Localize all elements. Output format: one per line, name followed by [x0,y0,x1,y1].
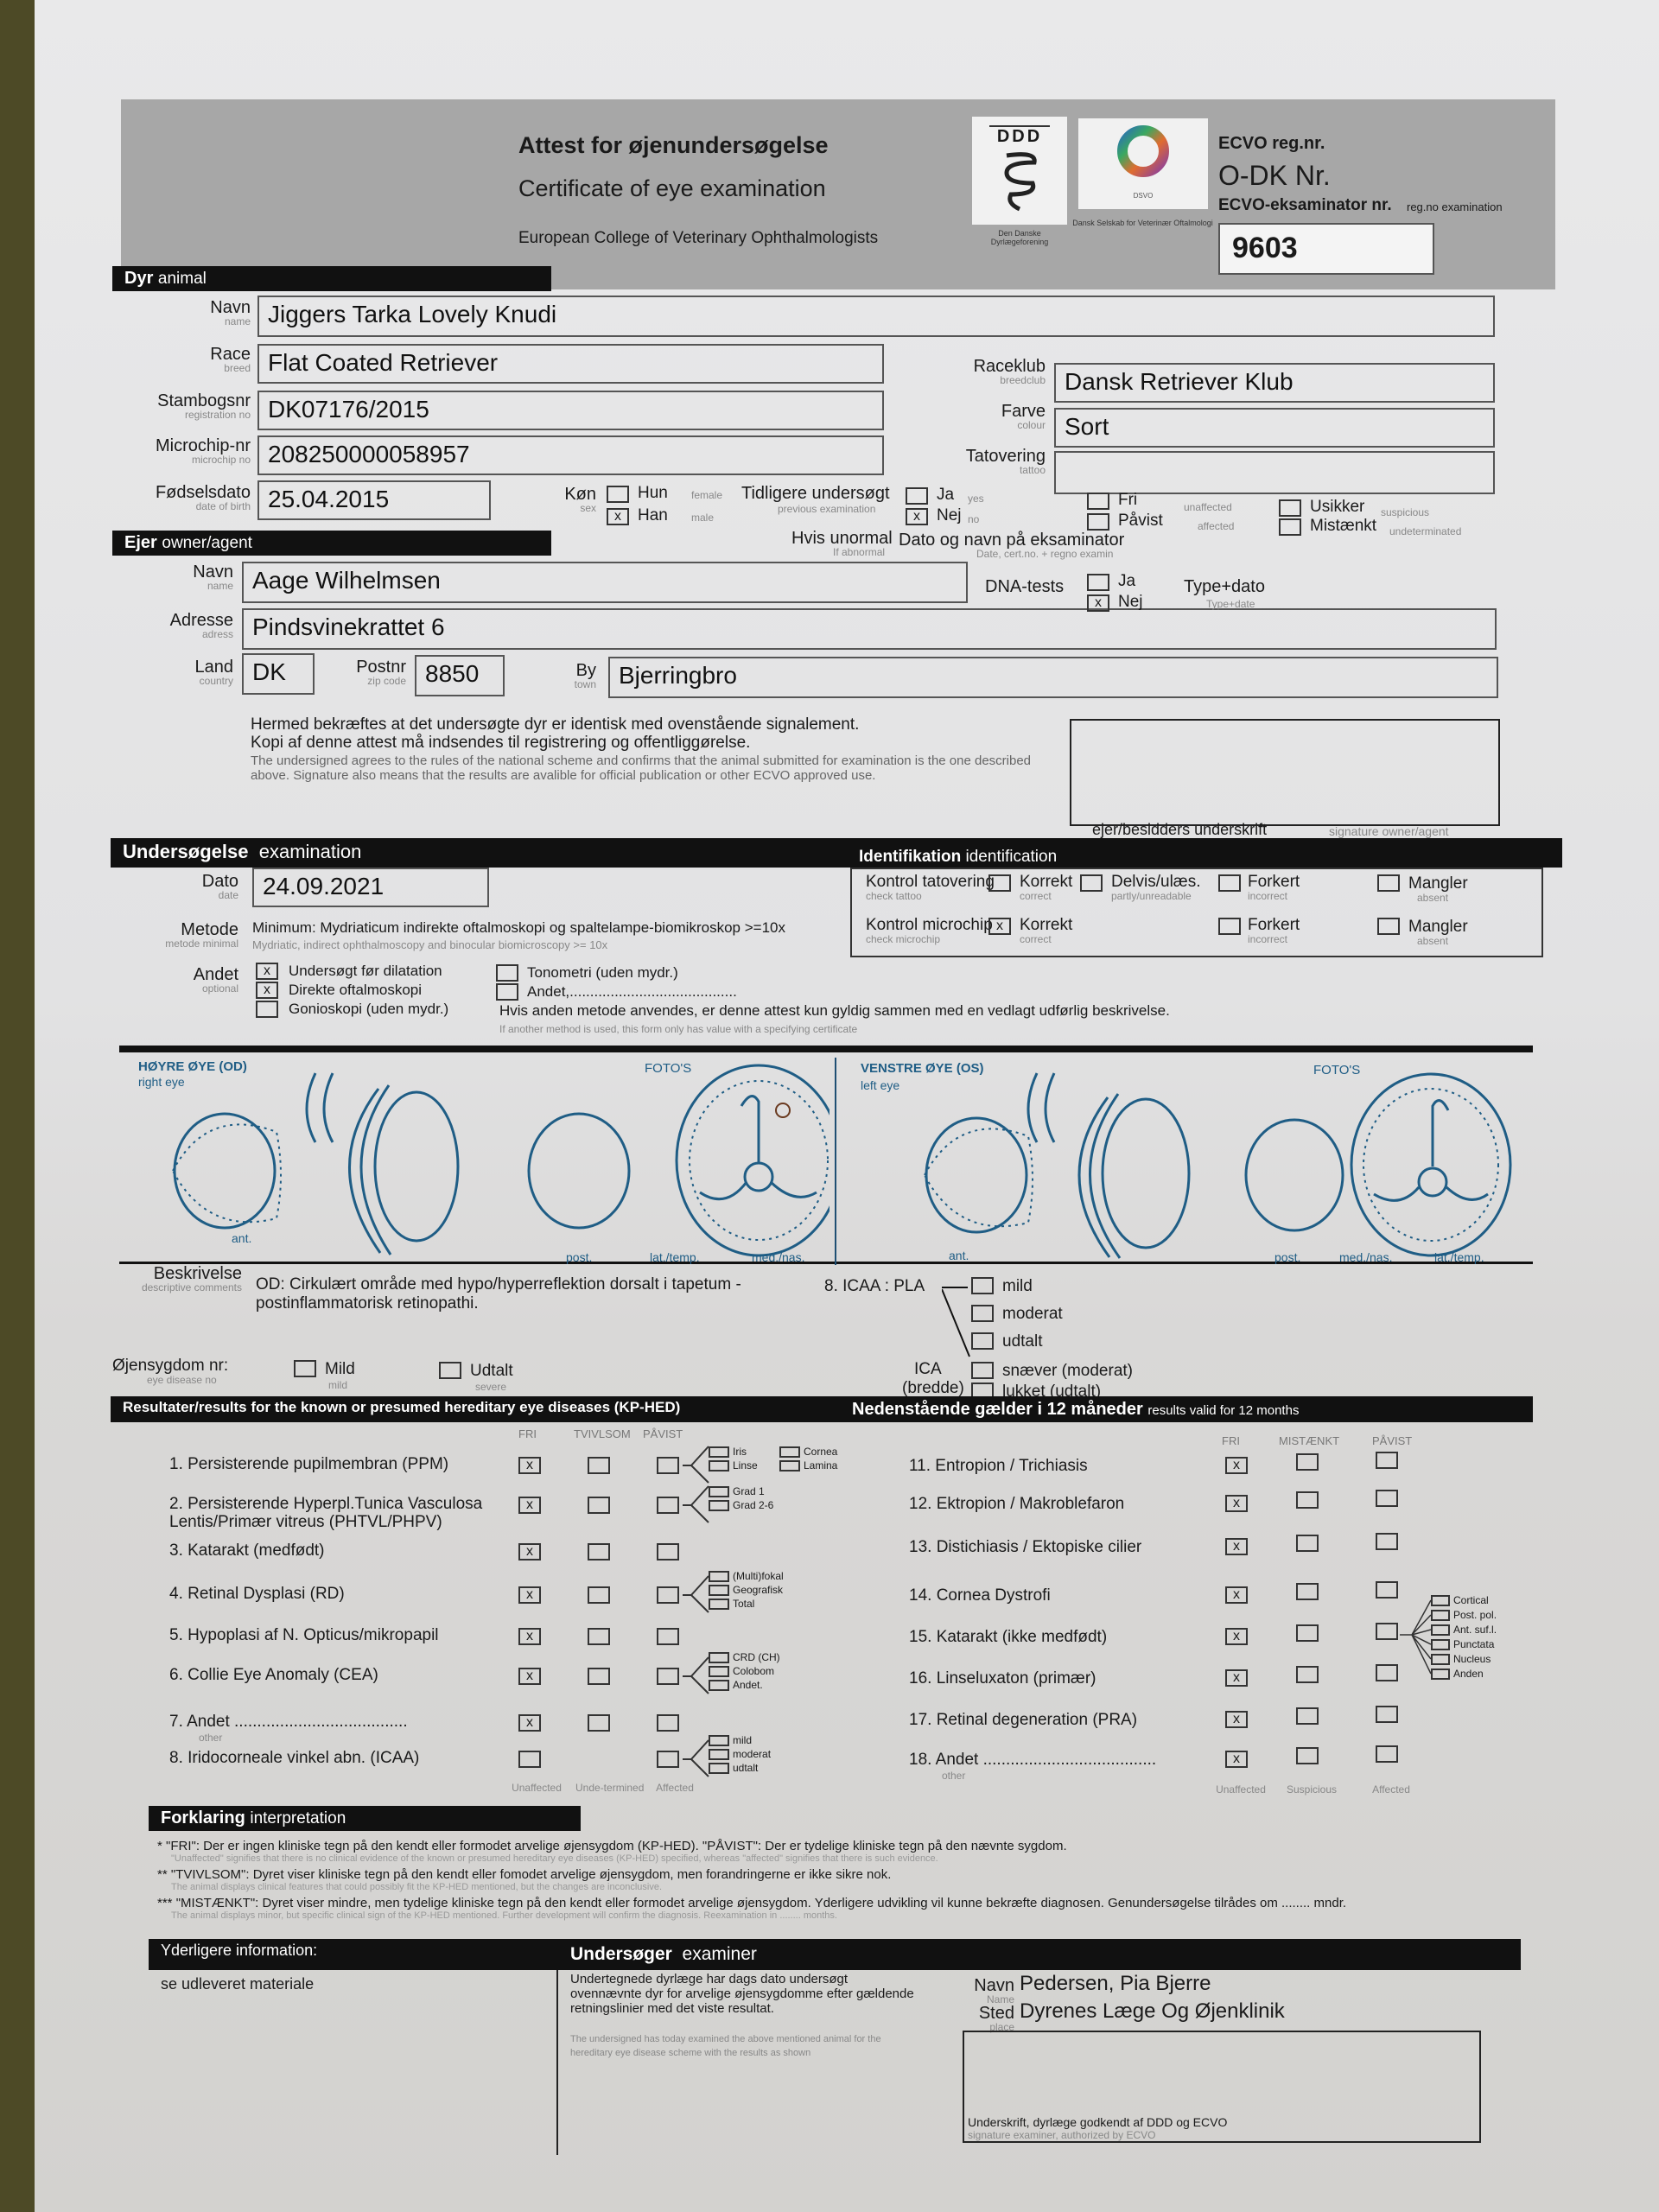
result-mistaenkt-checkbox[interactable] [1296,1491,1319,1509]
result-tvivlsom-checkbox[interactable] [588,1457,610,1474]
option-checkbox-dilatation[interactable]: x [256,963,278,980]
result-row-label: 16. Linseluxaton (primær) [909,1669,1096,1688]
section-examination: Undersøgelse examination [111,838,1562,868]
tattoo-incorrect-checkbox[interactable] [1218,874,1241,892]
result-sub-checkbox[interactable] [709,1666,729,1677]
result-row-label: 4. Retinal Dysplasi (RD) [169,1585,515,1603]
result-row-label: 3. Katarakt (medfødt) [169,1541,515,1560]
results-right-col-header: PÅVIST [1372,1434,1412,1447]
result-pavist-checkbox[interactable] [657,1751,679,1768]
result-tvivlsom-checkbox[interactable] [588,1714,610,1732]
results-right-col-header: MISTÆNKT [1279,1434,1339,1447]
result-fri-checkbox[interactable] [518,1751,541,1768]
results-validity: Nedenstående gælder i 12 måneder results… [852,1400,1299,1420]
interpretation-line: ** "TVIVLSOM": Dyret viser kliniske tegn… [157,1867,1557,1882]
chip-correct-checkbox[interactable]: x [988,918,1011,935]
result-pavist-checkbox[interactable] [657,1543,679,1560]
result-sub-checkbox[interactable] [709,1500,729,1511]
cataract-sub-checkbox[interactable] [1431,1654,1450,1665]
interpretation-line: * "FRI": Der er ingen kliniske tegn på d… [157,1839,1557,1853]
result-row-label: 7. Andet ...............................… [169,1713,515,1731]
female-checkbox[interactable] [607,486,629,503]
section-interpretation: Forklaring interpretation [149,1806,581,1831]
result-row-label: 17. Retinal degeneration (PRA) [909,1711,1137,1730]
owner-town-field[interactable]: Bjerringbro [608,657,1498,698]
interpretation-list: * "FRI": Der er ingen kliniske tegn på d… [157,1839,1557,1924]
result-fri-checkbox[interactable]: x [1225,1538,1248,1555]
examiner-name: Pedersen, Pia Bjerre [1020,1972,1211,1996]
owner-address-field[interactable]: Pindsvinekrattet 6 [242,608,1497,650]
option-checkbox-gonioscopy[interactable] [256,1001,278,1018]
result-row-label: 18. Andet ..............................… [909,1751,1156,1770]
result-fri-checkbox[interactable]: x [518,1586,541,1604]
result-row-label: 15. Katarakt (ikke medfødt) [909,1628,1107,1647]
title-danish: Attest for øjenundersøgelse [518,132,829,159]
result-fri-checkbox[interactable]: x [1225,1628,1248,1645]
tattoo-absent-checkbox[interactable] [1377,874,1400,892]
result-sub-checkbox[interactable] [709,1571,729,1582]
cataract-sub-checkbox[interactable] [1431,1639,1450,1650]
result-sub-checkbox[interactable] [709,1763,729,1774]
result-row-label: 12. Ektropion / Makroblefaron [909,1495,1124,1514]
result-pavist-checkbox[interactable] [657,1714,679,1732]
result-sub-checkbox[interactable] [709,1652,729,1663]
owner-declaration: Hermed bekræftes at det undersøgte dyr e… [251,715,1063,783]
result-sub-checkbox[interactable] [709,1460,729,1471]
result-tvivlsom-checkbox[interactable] [588,1497,610,1514]
result-sub-checkbox[interactable] [779,1446,800,1458]
chip-absent-checkbox[interactable] [1377,918,1400,935]
result-pavist-checkbox[interactable] [657,1628,679,1645]
section-footer: Yderligere information: [149,1939,1521,1970]
svg-text:post.: post. [1274,1250,1300,1264]
owner-name-field[interactable]: Aage Wilhelmsen [242,562,968,603]
result-fri-checkbox[interactable]: x [518,1457,541,1474]
results-left-col-header: FRI [518,1427,537,1440]
result-fri-checkbox[interactable]: x [1225,1751,1248,1768]
result-row-label: 11. Entropion / Trichiasis [909,1457,1088,1476]
cataract-sub-checkbox[interactable] [1431,1669,1450,1680]
svg-text:med./nas.: med./nas. [752,1250,804,1264]
registration-field[interactable]: DK07176/2015 [257,391,884,430]
result-mistaenkt-checkbox[interactable] [1296,1535,1319,1552]
diagram-divider-top [119,1046,1533,1052]
cataract-sub-checkbox[interactable] [1431,1624,1450,1636]
interpretation-line: *** "MISTÆNKT": Dyret viser mindre, men … [157,1896,1557,1910]
result-sub-checkbox[interactable] [709,1599,729,1610]
result-fri-checkbox[interactable]: x [518,1668,541,1685]
owner-zip-field[interactable]: 8850 [415,655,505,696]
result-sub-checkbox[interactable] [709,1680,729,1691]
result-mistaenkt-checkbox[interactable] [1296,1747,1319,1764]
result-fri-checkbox[interactable]: x [518,1497,541,1514]
result-sub-checkbox[interactable] [709,1446,729,1458]
result-tvivlsom-checkbox[interactable] [588,1668,610,1685]
left-eye-diagram: ant. post. med./nas. lat./temp. [838,1063,1547,1266]
result-tvivlsom-checkbox[interactable] [588,1586,610,1604]
result-pavist-checkbox[interactable] [657,1457,679,1474]
breed-field[interactable]: Flat Coated Retriever [257,344,884,384]
usikker-checkbox[interactable] [1279,499,1301,517]
result-pavist-checkbox[interactable] [1376,1623,1398,1640]
svg-text:lat./temp.: lat./temp. [1434,1250,1484,1264]
result-tvivlsom-checkbox[interactable] [588,1628,610,1645]
results-left-col-header: TVIVLSOM [574,1427,631,1440]
pavist-checkbox[interactable] [1087,513,1109,531]
result-pavist-checkbox[interactable] [1376,1490,1398,1507]
svg-text:lat./temp.: lat./temp. [650,1250,700,1264]
disease-severe-checkbox[interactable] [439,1362,461,1379]
description-text[interactable]: OD: Cirkulært område med hypo/hyperrefle… [256,1275,809,1313]
result-pavist-checkbox[interactable] [657,1668,679,1685]
disease-mild-checkbox[interactable] [294,1360,316,1377]
org-name: European College of Veterinary Ophthalmo… [518,229,878,248]
result-mistaenkt-checkbox[interactable] [1296,1453,1319,1471]
examiner-place: Dyrenes Læge Og Øjenklinik [1020,1999,1285,2024]
section-identification: Identifikation identification [847,845,1069,869]
tattoo-correct-checkbox[interactable] [988,874,1011,892]
result-sub-checkbox[interactable] [709,1585,729,1596]
result-fri-checkbox[interactable]: x [1225,1457,1248,1474]
result-row-label: 13. Distichiasis / Ektopiske cilier [909,1538,1141,1557]
svg-text:ant.: ant. [949,1249,969,1262]
exam-date-field[interactable]: 24.09.2021 [252,868,489,907]
dob-field[interactable]: 25.04.2015 [257,480,491,520]
section-animal: Dyr animal [112,266,551,291]
result-pavist-checkbox[interactable] [1376,1533,1398,1550]
svg-text:ant.: ant. [232,1231,251,1245]
cataract-sub-checkbox[interactable] [1431,1595,1450,1606]
ddd-logo: DDD [972,117,1067,225]
microchip-field[interactable]: 208250000058957 [257,435,884,475]
owner-country-field[interactable]: DK [242,653,315,695]
chip-incorrect-checkbox[interactable] [1218,918,1241,935]
result-pavist-checkbox[interactable] [1376,1745,1398,1763]
result-row-label: 14. Cornea Dystrofi [909,1586,1051,1605]
result-tvivlsom-checkbox[interactable] [588,1543,610,1560]
dna-no-checkbox[interactable]: x [1087,594,1109,612]
result-fri-checkbox[interactable]: x [518,1628,541,1645]
certificate-page: Attest for øjenundersøgelse Certificate … [35,0,1659,2212]
result-pavist-checkbox[interactable] [1376,1706,1398,1723]
examiner-number-field[interactable]: 9603 [1218,223,1434,275]
result-mistaenkt-checkbox[interactable] [1296,1583,1319,1600]
result-pavist-checkbox[interactable] [657,1586,679,1604]
result-mistaenkt-checkbox[interactable] [1296,1666,1319,1683]
icaa-mild-checkbox[interactable] [971,1277,994,1294]
result-pavist-checkbox[interactable] [1376,1664,1398,1681]
section-results: Resultater/results for the known or pres… [111,1396,1533,1422]
svg-text:med./nas.: med./nas. [1339,1250,1392,1264]
result-row-label: 2. Persisterende Hyperpl.Tunica Vasculos… [169,1495,515,1531]
dsvo-logo: DSVO [1078,118,1208,209]
tattoo-partly-checkbox[interactable] [1080,874,1103,892]
result-sub-checkbox[interactable] [779,1460,800,1471]
colour-field[interactable]: Sort [1054,408,1495,448]
male-checkbox[interactable]: x [607,508,629,525]
serpent-icon [972,147,1067,216]
ecvo-reg-label: ECVO reg.nr. [1218,134,1325,154]
icaa-moderat-checkbox[interactable] [971,1305,994,1322]
odk-label: O-DK Nr. [1218,160,1331,192]
ica-narrow-checkbox[interactable] [971,1362,994,1379]
result-fri-checkbox[interactable]: x [1225,1669,1248,1687]
prev-exam-no-checkbox[interactable]: x [906,508,928,525]
eye-divider [835,1058,836,1265]
owner-signature-box[interactable] [1070,719,1500,826]
result-fri-checkbox[interactable]: x [1225,1495,1248,1512]
fri-checkbox[interactable] [1087,493,1109,510]
breed-club-field[interactable]: Dansk Retriever Klub [1054,363,1495,403]
result-sub-checkbox[interactable] [709,1749,729,1760]
results-right-col-header: FRI [1222,1434,1240,1447]
result-pavist-checkbox[interactable] [1376,1581,1398,1599]
result-fri-checkbox[interactable]: x [1225,1711,1248,1728]
result-mistaenkt-checkbox[interactable] [1296,1707,1319,1725]
result-mistaenkt-checkbox[interactable] [1296,1624,1319,1642]
animal-name-field[interactable]: Jiggers Tarka Lovely Knudi [257,296,1495,337]
result-fri-checkbox[interactable]: x [518,1543,541,1560]
result-sub-checkbox[interactable] [709,1486,729,1497]
result-row-label: 8. Iridocorneale vinkel abn. (ICAA) [169,1749,515,1767]
result-sub-checkbox[interactable] [709,1735,729,1746]
result-row-label: 5. Hypoplasi af N. Opticus/mikropapil [169,1626,515,1644]
icaa-udtalt-checkbox[interactable] [971,1332,994,1350]
dna-yes-checkbox[interactable] [1087,574,1109,591]
result-pavist-checkbox[interactable] [657,1497,679,1514]
result-row-label: 6. Collie Eye Anomaly (CEA) [169,1666,515,1684]
result-fri-checkbox[interactable]: x [1225,1586,1248,1604]
certificate-header: Attest for øjenundersøgelse Certificate … [121,99,1555,289]
option-checkbox-direct[interactable]: x [256,982,278,999]
title-english: Certificate of eye examination [518,175,826,202]
svg-text:post.: post. [566,1250,592,1264]
result-fri-checkbox[interactable]: x [518,1714,541,1732]
right-eye-diagram: ant. post. lat./temp. med./nas. [121,1063,829,1266]
result-row-label: 1. Persisterende pupilmembran (PPM) [169,1455,515,1473]
section-owner: Ejer owner/agent [112,531,551,556]
mistaenkt-checkbox[interactable] [1279,518,1301,536]
tattoo-field[interactable] [1054,451,1495,494]
results-left-col-header: PÅVIST [643,1427,683,1440]
color-wheel-icon [1078,118,1208,188]
cataract-sub-checkbox[interactable] [1431,1610,1450,1621]
result-pavist-checkbox[interactable] [1376,1452,1398,1469]
option-checkbox-other[interactable] [496,983,518,1001]
additional-info[interactable]: se udleveret materiale [161,1975,314,1993]
prev-exam-yes-checkbox[interactable] [906,487,928,505]
option-checkbox-tonometry[interactable] [496,964,518,982]
